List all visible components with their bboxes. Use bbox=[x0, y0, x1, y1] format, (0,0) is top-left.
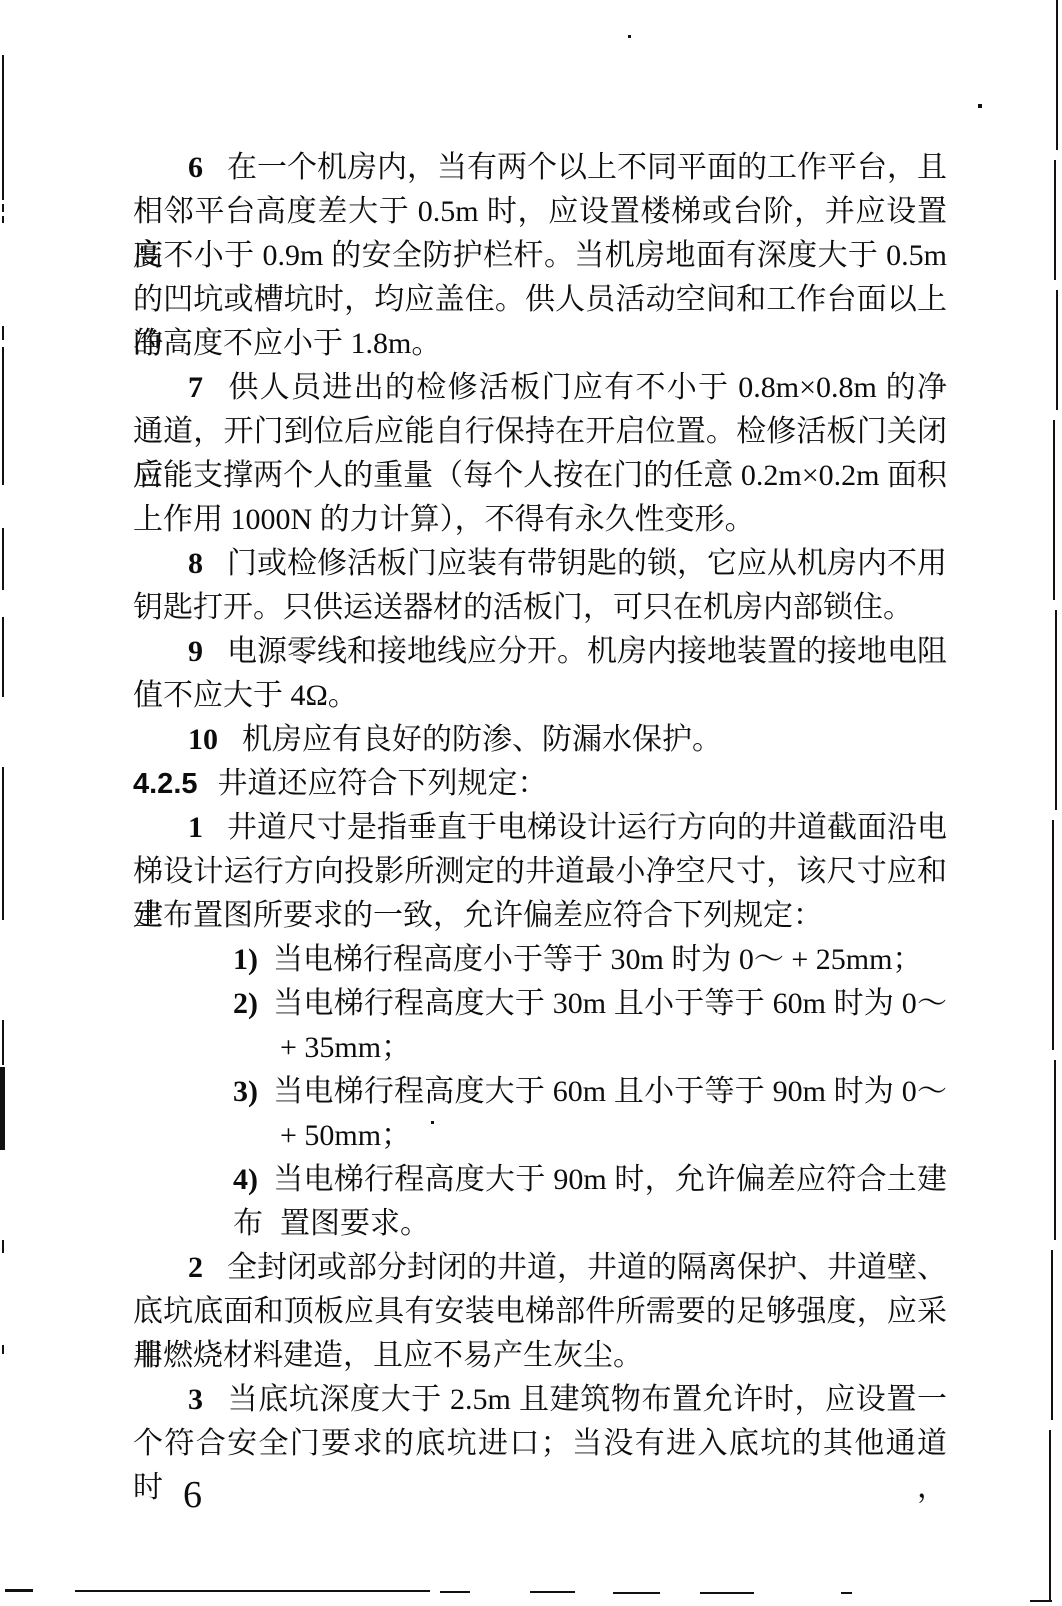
line-text: 应能支撑两个人的重量（每个人按在门的任意 0.2m×0.2m 面积 bbox=[133, 459, 947, 492]
body-text: 6在一个机房内，当有两个以上不同平面的工作平台，且 相邻平台高度差大于 0.5m… bbox=[133, 146, 947, 1466]
scan-artifact-speck bbox=[628, 35, 631, 38]
scan-artifact-right-line bbox=[1049, 1430, 1051, 1602]
scan-artifact-bottom-line bbox=[613, 1592, 660, 1594]
text-line: 相邻平台高度差大于 0.5m 时，应设置楼梯或台阶，并应设置高 bbox=[133, 190, 947, 234]
scan-artifact-left-line bbox=[2, 326, 4, 340]
line-text: 值不应大于 4Ω。 bbox=[133, 679, 358, 712]
text-line: 建布置图所要求的一致，允许偏差应符合下列规定： bbox=[133, 894, 947, 938]
line-text: 当电梯行程高度大于 60m 且小于等于 90m 时为 0～ bbox=[273, 1075, 947, 1108]
scan-artifact-bottom-line bbox=[75, 1590, 430, 1592]
item-number: 8 bbox=[188, 547, 203, 580]
list-item: 1)当电梯行程高度小于等于 30m 时为 0～ + 25mm； bbox=[133, 938, 947, 982]
scan-artifact-left-line bbox=[2, 1020, 4, 1065]
line-text: 门或检修活板门应装有带钥匙的锁，它应从机房内不用 bbox=[227, 547, 947, 580]
line-text: 置图要求。 bbox=[280, 1207, 430, 1240]
line-text: 度不小于 0.9m 的安全防护栏杆。当机房地面有深度大于 0.5m bbox=[133, 239, 947, 272]
scan-artifact-speck bbox=[431, 1121, 434, 1124]
scan-artifact-speck bbox=[978, 104, 982, 108]
scan-artifact-bottom-line bbox=[841, 1592, 852, 1594]
scan-artifact-left-line bbox=[2, 1240, 4, 1253]
item-number: 7 bbox=[188, 371, 203, 404]
scan-artifact-left-line bbox=[2, 528, 4, 590]
text-line: 值不应大于 4Ω。 bbox=[133, 674, 947, 718]
list-number: 3) bbox=[233, 1075, 258, 1108]
scan-artifact-bottom-line bbox=[440, 1591, 470, 1593]
text-line: 底坑底面和顶板应具有安装电梯部件所需要的足够强度，应采用 bbox=[133, 1290, 947, 1334]
list-item-continuation: + 35mm； bbox=[133, 1026, 947, 1070]
scan-artifact-right-line bbox=[1052, 820, 1054, 1050]
line-text: 非燃烧材料建造，且应不易产生灰尘。 bbox=[133, 1339, 643, 1372]
scan-artifact-bottom-line bbox=[5, 1589, 33, 1592]
line-text: 钥匙打开。只供运送器材的活板门，可只在机房内部锁住。 bbox=[133, 591, 913, 624]
list-number: 2) bbox=[233, 987, 258, 1020]
line-text: 井道还应符合下列规定： bbox=[218, 767, 548, 800]
line-text: + 50mm； bbox=[280, 1119, 411, 1152]
line-text: 上作用 1000N 的力计算），不得有永久性变形。 bbox=[133, 503, 755, 536]
page-number: 6 bbox=[183, 1473, 202, 1517]
list-number: 1) bbox=[233, 943, 258, 976]
list-number: 4) bbox=[233, 1163, 258, 1196]
clause-heading: 4.2.5井道还应符合下列规定： bbox=[133, 762, 947, 806]
scan-artifact-right-line bbox=[1054, 160, 1056, 280]
line-text: + 35mm； bbox=[280, 1031, 411, 1064]
scan-artifact-right-line bbox=[1056, 290, 1058, 410]
scan-artifact-left-line bbox=[2, 55, 4, 200]
line-text: 当底坑深度大于 2.5m 且建筑物布置允许时，应设置一 bbox=[227, 1383, 947, 1416]
scan-artifact-right-line bbox=[1053, 420, 1055, 600]
scan-artifact-right-line bbox=[1054, 1060, 1056, 1240]
text-line: 8门或检修活板门应装有带钥匙的锁，它应从机房内不用 bbox=[133, 542, 947, 586]
item-number: 9 bbox=[188, 635, 203, 668]
line-text: 井道尺寸是指垂直于电梯设计运行方向的井道截面沿电 bbox=[227, 811, 947, 844]
item-number: 1 bbox=[188, 811, 203, 844]
text-line: 非燃烧材料建造，且应不易产生灰尘。 bbox=[133, 1334, 947, 1378]
item-number: 3 bbox=[188, 1383, 203, 1416]
scan-artifact-left-line bbox=[2, 204, 4, 212]
text-line: 2全封闭或部分封闭的井道，井道的隔离保护、井道壁、 bbox=[133, 1246, 947, 1290]
scan-artifact-left-line bbox=[2, 1345, 4, 1354]
scan-artifact-left-line bbox=[2, 617, 4, 697]
line-text: 当电梯行程高度大于 30m 且小于等于 60m 时为 0～ bbox=[273, 987, 947, 1020]
scan-artifact-left-line bbox=[2, 767, 4, 920]
list-item: 4)当电梯行程高度大于 90m 时，允许偏差应符合土建布 bbox=[133, 1158, 947, 1202]
scan-artifact-right-line bbox=[1051, 1250, 1053, 1420]
scan-artifact-left-line bbox=[2, 347, 4, 485]
text-line: 1井道尺寸是指垂直于电梯设计运行方向的井道截面沿电 bbox=[133, 806, 947, 850]
scan-artifact-right-hook bbox=[1030, 1600, 1052, 1602]
line-text: 供人员进出的检修活板门应有不小于 0.8m×0.8m 的净 bbox=[227, 371, 947, 404]
text-line: 上作用 1000N 的力计算），不得有永久性变形。 bbox=[133, 498, 947, 542]
text-line: 应能支撑两个人的重量（每个人按在门的任意 0.2m×0.2m 面积 bbox=[133, 454, 947, 498]
line-text: 个符合安全门要求的底坑进口；当没有进入底坑的其他通道时， bbox=[133, 1427, 947, 1504]
scan-artifact-left-line bbox=[0, 1067, 5, 1150]
item-number: 2 bbox=[188, 1251, 203, 1284]
text-line: 净高度不应小于 1.8m。 bbox=[133, 322, 947, 366]
text-line: 钥匙打开。只供运送器材的活板门，可只在机房内部锁住。 bbox=[133, 586, 947, 630]
scan-artifact-bottom-line bbox=[700, 1592, 754, 1594]
scan-artifact-right-line bbox=[1056, 0, 1058, 150]
line-text: 机房应有良好的防渗、防漏水保护。 bbox=[242, 723, 722, 756]
line-text: 当电梯行程高度小于等于 30m 时为 0～ + 25mm； bbox=[273, 943, 922, 976]
text-line: 7供人员进出的检修活板门应有不小于 0.8m×0.8m 的净 bbox=[133, 366, 947, 410]
text-line: 梯设计运行方向投影所测定的井道最小净空尺寸，该尺寸应和土 bbox=[133, 850, 947, 894]
list-item: 3)当电梯行程高度大于 60m 且小于等于 90m 时为 0～ bbox=[133, 1070, 947, 1114]
scan-artifact-right-line bbox=[1055, 610, 1057, 810]
text-line: 的凹坑或槽坑时，均应盖住。供人员活动空间和工作台面以上的 bbox=[133, 278, 947, 322]
line-text: 全封闭或部分封闭的井道，井道的隔离保护、井道壁、 bbox=[227, 1251, 947, 1284]
text-line: 6在一个机房内，当有两个以上不同平面的工作平台，且 bbox=[133, 146, 947, 190]
list-item: 2)当电梯行程高度大于 30m 且小于等于 60m 时为 0～ bbox=[133, 982, 947, 1026]
line-text: 净高度不应小于 1.8m。 bbox=[133, 327, 441, 360]
clause-number: 4.2.5 bbox=[133, 768, 198, 800]
line-text: 建布置图所要求的一致，允许偏差应符合下列规定： bbox=[133, 899, 823, 932]
scan-artifact-bottom-line bbox=[530, 1591, 575, 1593]
text-line: 通道，开门到位后应能自行保持在开启位置。检修活板门关闭后 bbox=[133, 410, 947, 454]
text-line: 10机房应有良好的防渗、防漏水保护。 bbox=[133, 718, 947, 762]
text-line: 度不小于 0.9m 的安全防护栏杆。当机房地面有深度大于 0.5m bbox=[133, 234, 947, 278]
scan-artifact-left-line bbox=[2, 216, 4, 223]
line-text: 电源零线和接地线应分开。机房内接地装置的接地电阻 bbox=[227, 635, 947, 668]
line-text: 在一个机房内，当有两个以上不同平面的工作平台，且 bbox=[227, 151, 947, 184]
text-line: 个符合安全门要求的底坑进口；当没有进入底坑的其他通道时， bbox=[133, 1422, 947, 1466]
text-line: 9电源零线和接地线应分开。机房内接地装置的接地电阻 bbox=[133, 630, 947, 674]
item-number: 10 bbox=[188, 723, 218, 756]
text-line: 3当底坑深度大于 2.5m 且建筑物布置允许时，应设置一 bbox=[133, 1378, 947, 1422]
item-number: 6 bbox=[188, 151, 203, 184]
list-item-continuation: + 50mm； bbox=[133, 1114, 947, 1158]
